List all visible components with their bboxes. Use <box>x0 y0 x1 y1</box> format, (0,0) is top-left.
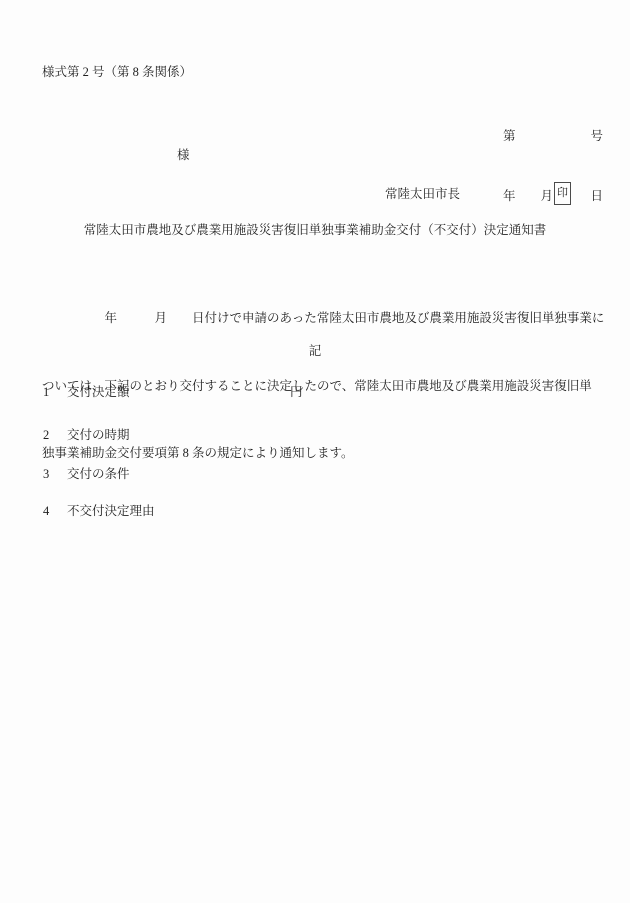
item-unit-yen: 円 <box>290 386 303 399</box>
item-label: 交付決定額 <box>67 386 130 399</box>
item-label: 交付の時期 <box>67 429 130 442</box>
body-line: 独事業補助金交付要項第 8 条の規定により通知します。 <box>42 442 617 465</box>
item-label: 不交付決定理由 <box>67 505 155 518</box>
list-item-grant-timing: 2 交付の時期 <box>0 429 630 444</box>
item-number: 2 <box>43 429 49 442</box>
seal-stamp: 印 <box>554 182 571 205</box>
list-item-nongrant-reason: 4 不交付決定理由 <box>0 505 630 520</box>
sender-title: 常陸太田市長 <box>385 188 460 201</box>
form-number-label: 様式第 2 号（第 8 条関係） <box>42 66 192 79</box>
document-title: 常陸太田市農地及び農業用施設災害復旧単独事業補助金交付（不交付）決定通知書 <box>0 224 630 237</box>
item-number: 1 <box>43 386 49 399</box>
item-number: 3 <box>43 468 49 481</box>
body-line: 年 月 日付けで申請のあった常陸太田市農地及び農業用施設災害復旧単独事業に <box>42 307 617 330</box>
list-item-grant-conditions: 3 交付の条件 <box>0 468 630 483</box>
record-heading: 記 <box>0 345 630 358</box>
addressee-honorific: 様 <box>177 149 190 162</box>
document-page: 様式第 2 号（第 8 条関係） 第 号 年 月 日 様 常陸太田市長 印 常陸… <box>0 0 630 903</box>
document-number-date-block: 第 号 年 月 日 <box>503 86 603 246</box>
item-number: 4 <box>43 505 49 518</box>
document-number-line: 第 号 <box>503 126 603 146</box>
list-item-grant-amount: 1 交付決定額 円 <box>0 386 630 401</box>
date-line: 年 月 日 <box>503 186 603 206</box>
item-label: 交付の条件 <box>67 468 130 481</box>
